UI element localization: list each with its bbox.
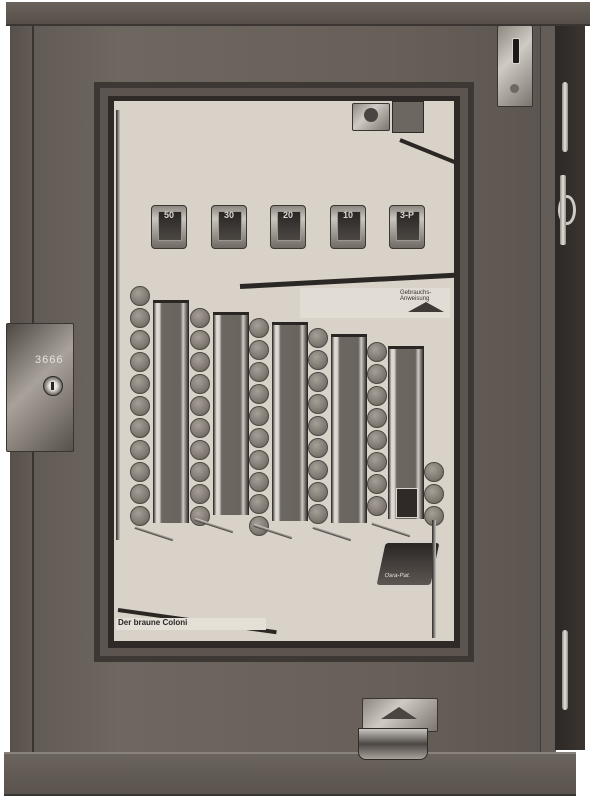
coin-icon	[249, 340, 269, 360]
change-cup[interactable]	[358, 728, 428, 760]
cabinet-side	[555, 20, 585, 750]
coin-icon	[190, 484, 210, 504]
coin-stack	[308, 328, 328, 526]
coin-icon	[367, 386, 387, 406]
top-chute	[392, 101, 424, 133]
coin-icon	[190, 330, 210, 350]
coin-icon	[367, 496, 387, 516]
coin-slot-plate[interactable]	[497, 25, 533, 107]
side-chute	[396, 488, 418, 518]
coin-icon	[249, 384, 269, 404]
coin-icon	[249, 362, 269, 382]
coin-icon	[367, 364, 387, 384]
coin-tube	[153, 300, 189, 523]
coin-icon	[190, 418, 210, 438]
coin-icon	[308, 438, 328, 458]
coin-icon	[130, 462, 150, 482]
notice-card: Gebrauchs-Anweisung	[300, 288, 450, 318]
coin-stack	[249, 318, 269, 538]
coin-slot-opening	[512, 38, 520, 64]
hinge-top	[562, 82, 568, 152]
coin-icon	[190, 374, 210, 394]
coin-icon	[308, 394, 328, 414]
dispenser-label: Osra-Pat.	[384, 573, 411, 579]
coin-tube	[213, 312, 249, 515]
coin-slot-10[interactable]: 10	[330, 205, 366, 249]
coin-icon	[190, 308, 210, 328]
coin-icon	[249, 450, 269, 470]
coin-icon	[190, 440, 210, 460]
coin-icon	[130, 374, 150, 394]
hinge-bottom	[562, 630, 568, 710]
coin-icon	[130, 418, 150, 438]
coin-icon	[367, 452, 387, 472]
cabinet-cornice	[6, 2, 590, 26]
cabinet-right-stile	[540, 24, 556, 752]
button-knob[interactable]	[510, 84, 519, 93]
notice-card-title: Gebrauchs-Anweisung	[400, 290, 450, 302]
coin-icon	[130, 352, 150, 372]
coin-icon	[190, 352, 210, 372]
bottom-label-text: Der braune Coloni	[118, 618, 187, 627]
coin-slot-20[interactable]: 20	[270, 205, 306, 249]
coin-icon	[130, 286, 150, 306]
coin-icon	[424, 462, 444, 482]
coin-slot-50[interactable]: 50	[151, 205, 187, 249]
coin-icon	[308, 416, 328, 436]
coin-icon	[130, 484, 150, 504]
coin-icon	[130, 440, 150, 460]
coin-icon	[249, 318, 269, 338]
coin-icon	[367, 430, 387, 450]
coin-icon	[308, 482, 328, 502]
left-curved-rod	[116, 110, 120, 540]
lock-plate: 3666	[6, 323, 74, 452]
coin-tube	[272, 322, 308, 521]
coin-slot-30[interactable]: 30	[211, 205, 247, 249]
cabinet-base	[4, 752, 576, 796]
hasp-bar	[560, 175, 566, 245]
coin-icon	[308, 460, 328, 480]
change-cup-plate	[362, 698, 438, 732]
keyhole-icon[interactable]	[43, 376, 63, 396]
triangle-emblem-icon	[381, 707, 417, 719]
lock-number: 3666	[35, 354, 63, 366]
coin-stack	[367, 342, 387, 518]
top-latch	[352, 103, 390, 131]
coin-stack	[130, 286, 150, 528]
coin-icon	[424, 484, 444, 504]
coin-icon	[367, 342, 387, 362]
coin-icon	[308, 328, 328, 348]
coin-icon	[190, 396, 210, 416]
coin-icon	[308, 350, 328, 370]
coin-icon	[367, 408, 387, 428]
coin-icon	[249, 406, 269, 426]
coin-icon	[130, 396, 150, 416]
coin-icon	[249, 428, 269, 448]
coin-icon	[367, 474, 387, 494]
coin-stack	[190, 308, 210, 528]
coin-stack	[424, 462, 444, 528]
coin-icon	[249, 494, 269, 514]
coin-icon	[308, 372, 328, 392]
vertical-rod-right	[432, 520, 436, 638]
triangle-logo-icon	[408, 302, 444, 312]
coin-icon	[249, 472, 269, 492]
coin-icon	[130, 506, 150, 526]
coin-slot-3p[interactable]: 3-P	[389, 205, 425, 249]
coin-icon	[130, 330, 150, 350]
bottom-label-strip: Der braune Coloni	[116, 618, 266, 630]
coin-icon	[308, 504, 328, 524]
coin-icon	[190, 462, 210, 482]
coin-icon	[130, 308, 150, 328]
coin-tube	[331, 334, 367, 523]
